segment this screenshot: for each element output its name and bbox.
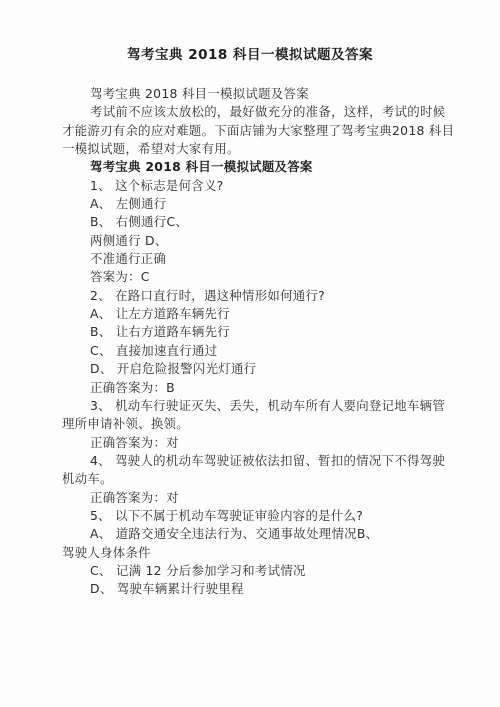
document-text-line: 5、 以下不属于机动车驾驶证审验内容的是什么? bbox=[62, 507, 438, 525]
document-text-line: D、 驾驶车辆累计行驶里程 bbox=[62, 580, 438, 598]
document-page: 驾考宝典 2018 科目一模拟试题及答案 驾考宝典 2018 科目一模拟试题及答… bbox=[0, 0, 500, 707]
document-text-line: 1、 这个标志是何含义? bbox=[62, 177, 438, 195]
document-title: 驾考宝典 2018 科目一模拟试题及答案 bbox=[0, 0, 500, 64]
document-text-line: B、 让右方道路车辆先行 bbox=[62, 323, 438, 341]
document-text-line: 正确答案为：B bbox=[62, 379, 438, 397]
document-text-line: 正确答案为：对 bbox=[62, 434, 438, 452]
document-text-line: 才能游刃有余的应对难题。下面店铺为大家整理了驾考宝典2018 科目 bbox=[62, 122, 438, 140]
document-text-line: 2、 在路口直行时，遇这种情形如何通行? bbox=[62, 287, 438, 305]
document-text-line: 一模拟试题，希望对大家有用。 bbox=[62, 140, 438, 158]
document-text-line: 机动车。 bbox=[62, 470, 438, 488]
document-text-line: D、 开启危险报警闪光灯通行 bbox=[62, 360, 438, 378]
document-body: 驾考宝典 2018 科目一模拟试题及答案考试前不应该太放松的，最好做充分的准备，… bbox=[0, 85, 500, 599]
document-text-line: 3、 机动车行驶证灭失、丢失，机动车所有人要向登记地车辆管 bbox=[62, 397, 438, 415]
document-text-line: 驾考宝典 2018 科目一模拟试题及答案 bbox=[62, 85, 438, 103]
document-text-line: 两侧通行 D、 bbox=[62, 232, 438, 250]
document-text-line: 考试前不应该太放松的，最好做充分的准备，这样，考试的时候 bbox=[62, 103, 438, 121]
document-text-line: A、 左侧通行 bbox=[62, 195, 438, 213]
document-text-line: 不准通行正确 bbox=[62, 250, 438, 268]
document-text-line: 理所申请补领、换领。 bbox=[62, 415, 438, 433]
document-text-line: 正确答案为：对 bbox=[62, 489, 438, 507]
document-text-line: A、 让左方道路车辆先行 bbox=[62, 305, 438, 323]
document-text-line: 驾驶人身体条件 bbox=[62, 544, 438, 562]
document-text-line: 答案为：C bbox=[62, 268, 438, 286]
document-text-line: 4、 驾驶人的机动车驾驶证被依法扣留、暂扣的情况下不得驾驶 bbox=[62, 452, 438, 470]
document-text-line: B、 右侧通行C、 bbox=[62, 213, 438, 231]
document-text-line: C、 记满 12 分后参加学习和考试情况 bbox=[62, 562, 438, 580]
document-text-line: 驾考宝典 2018 科目一模拟试题及答案 bbox=[62, 158, 438, 176]
document-text-line: C、 直接加速直行通过 bbox=[62, 342, 438, 360]
document-text-line: A、 道路交通安全违法行为、交通事故处理情况B、 bbox=[62, 525, 438, 543]
